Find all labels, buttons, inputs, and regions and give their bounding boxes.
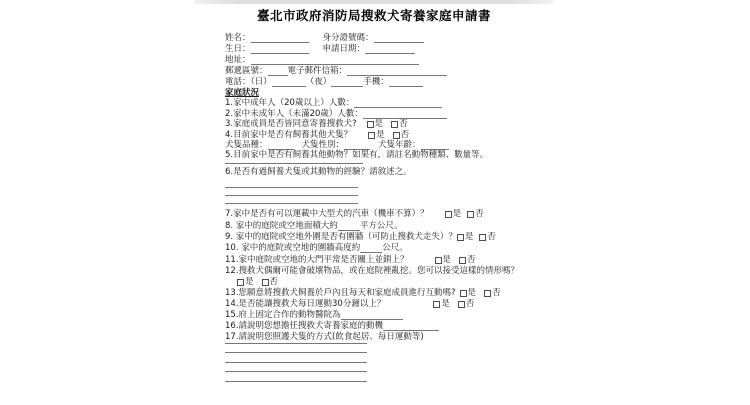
blank-field-line [363, 109, 447, 119]
question-6: 6.是否有過飼養犬隻或其動物的經驗？請敘述之。 [225, 167, 412, 177]
checkbox-icon [393, 132, 400, 139]
spacer [383, 128, 391, 129]
question-7: 7.家中是否有可以運載中大型犬的汽車（機車不算）？是否 [225, 209, 484, 219]
question-4: 4.目前家中是否有飼養其他犬隻？是否 [225, 130, 409, 140]
blank-field-line [354, 98, 442, 108]
blank-field-line [251, 55, 419, 65]
checkbox-label: 否 [466, 299, 475, 309]
checkbox-option: 是 [435, 255, 452, 265]
blank-field-line [225, 154, 363, 164]
spacer [451, 264, 459, 265]
checkbox-icon [262, 279, 269, 286]
form-text: 身分證號碼： [323, 33, 374, 43]
blank-field-line [331, 77, 363, 87]
form-text: 16.請說明您想擔任搜救犬寄養家庭的動機 [225, 321, 383, 331]
checkbox-label: 否 [475, 209, 484, 219]
blank-field-line [251, 44, 309, 54]
question-11: 11.家中庭院或空地的大門平常是否關上並鎖上？是否 [225, 255, 476, 265]
question-10: 10. 家中的庭院或空地的圍牆高度約公尺。 [225, 243, 408, 253]
question-3: 3.家庭成員是否皆同意寄養搜救犬?是否 [225, 119, 408, 129]
checkbox-option: 是 [457, 232, 474, 242]
checkbox-option: 否 [458, 299, 475, 309]
field-row-name-id: 姓名：身分證號碼： [225, 33, 424, 43]
question-15: 15.府上固定合作的動物醫院為 [225, 310, 403, 320]
checkbox-label: 否 [467, 255, 476, 265]
form-text: 電話：（日） [225, 77, 272, 87]
answer-blank-row [225, 362, 367, 372]
blank-field-line [268, 140, 294, 150]
checkbox-label: 否 [487, 232, 496, 242]
answer-blank-row [225, 343, 367, 353]
form-text: 15.府上固定合作的動物醫院為 [225, 310, 341, 320]
form-text: 10. 家中的庭院或空地的圍牆高度約 [225, 243, 360, 253]
form-text: 手機： [363, 77, 389, 87]
spacer [225, 286, 237, 287]
form-text: 14.是否能讓搜救犬每日運動30分鐘以上？ [225, 299, 385, 309]
checkbox-label: 是 [468, 288, 477, 298]
checkbox-icon [391, 121, 398, 128]
checkbox-option: 否 [467, 209, 484, 219]
form-text: 1.家中成年人（20歲以上）人數： [225, 98, 354, 108]
field-row-zip-email: 郵遞區號：電子郵件信箱： [225, 66, 447, 76]
checkbox-label: 是 [376, 130, 385, 140]
form-text: （夜） [306, 77, 332, 87]
spacer [309, 42, 323, 43]
checkbox-option: 是 [368, 130, 385, 140]
field-row-birth-date: 生日：申請日期： [225, 44, 415, 54]
question-14: 14.是否能讓搜救犬每日運動30分鐘以上？是否 [225, 299, 474, 309]
form-text: 4.目前家中是否有飼養其他犬隻？ [225, 130, 352, 140]
form-text: 郵遞區號： [225, 66, 268, 76]
question-2: 2.家中未成年人（未滿20歲）人數： [225, 109, 447, 119]
form-text: 3.家庭成員是否皆同意寄養搜救犬? [225, 119, 357, 129]
blank-field-line [251, 33, 309, 43]
checkbox-icon [435, 257, 442, 264]
spacer [476, 297, 484, 298]
form-text: 姓名： [225, 33, 251, 43]
checkbox-label: 否 [492, 288, 501, 298]
spacer [409, 264, 435, 265]
checkbox-label: 否 [401, 130, 410, 140]
checkbox-icon [484, 290, 491, 297]
checkbox-option: 否 [459, 255, 476, 265]
form-text: 犬隻品種： [225, 140, 268, 150]
blank-field-line [225, 362, 367, 372]
blank-field-line [360, 243, 382, 253]
checkbox-icon [479, 234, 486, 241]
blank-field-line [225, 343, 367, 353]
question-13: 13.您願意將搜救犬飼養於戶內且每天和家庭成員進行互動嗎?是否 [225, 288, 501, 298]
question-12: 12.搜救犬偶爾可能會破壞物品，或在庭院裡亂挖。您可以接受這樣的情形嗎？ [225, 266, 519, 276]
blank-field-line [383, 321, 439, 331]
form-text: 9. 家中的庭院或空地外圍是否有圍牆（可防止搜救犬走失）？ [225, 232, 457, 242]
form-body: 姓名：身分證號碼：生日：申請日期：地址：郵遞區號：電子郵件信箱：電話：（日）（夜… [195, 0, 553, 405]
field-row-address: 地址： [225, 55, 419, 65]
answer-blank-row [225, 372, 367, 382]
blank-field-line [225, 372, 367, 382]
spacer [357, 128, 367, 129]
form-text: 8. 家中的庭院或空地面積大約 [225, 221, 338, 231]
form-text: 12.搜救犬偶爾可能會破壞物品，或在庭院裡亂挖。您可以接受這樣的情形嗎？ [225, 266, 519, 276]
spacer [429, 218, 445, 219]
answer-blank-row [225, 154, 363, 164]
form-text: 犬隻性別： [302, 140, 345, 150]
checkbox-option: 是 [237, 277, 254, 287]
checkbox-label: 是 [453, 209, 462, 219]
blank-field-line [374, 33, 424, 43]
question-12-options: 是否 [225, 277, 278, 287]
checkbox-option: 否 [484, 288, 501, 298]
spacer [254, 286, 262, 287]
form-text: 生日： [225, 44, 251, 54]
blank-field-line [338, 221, 360, 231]
checkbox-icon [457, 234, 464, 241]
checkbox-option: 是 [445, 209, 462, 219]
spacer [309, 53, 323, 54]
question-8: 8. 家中的庭院或空地面積大約平方公尺。 [225, 221, 402, 231]
section-header-family: 家庭狀況 [225, 88, 259, 98]
checkbox-label: 是 [443, 255, 452, 265]
checkbox-icon [458, 301, 465, 308]
checkbox-icon [433, 301, 440, 308]
checkbox-label: 是 [245, 277, 254, 287]
checkbox-label: 是 [375, 119, 384, 129]
form-text: 13.您願意將搜救犬飼養於戶內且每天和家庭成員進行互動嗎? [225, 288, 456, 298]
checkbox-label: 是 [465, 232, 474, 242]
form-text: 犬隻年齡： [378, 140, 421, 150]
form-text: 2.家中未成年人（未滿20歲）人數： [225, 109, 363, 119]
blank-field-line [268, 66, 288, 76]
checkbox-label: 是 [441, 299, 450, 309]
blank-field-line [365, 44, 415, 54]
spacer [450, 308, 458, 309]
section-header-label: 家庭狀況 [225, 88, 259, 98]
field-row-dog-details: 犬隻品種：犬隻性別：犬隻年齡： [225, 140, 449, 150]
checkbox-label: 否 [399, 119, 408, 129]
checkbox-label: 否 [270, 277, 279, 287]
checkbox-option: 是 [367, 119, 384, 129]
form-text: 7.家中是否有可以運載中大型犬的汽車（機車不算）？ [225, 209, 429, 219]
blank-field-line [389, 77, 423, 87]
blank-field-line [272, 77, 306, 87]
blank-field-line [341, 310, 403, 320]
document-page: 臺北市政府消防局搜救犬寄養家庭申請書 姓名：身分證號碼：生日：申請日期：地址：郵… [195, 0, 553, 405]
form-text: 公尺。 [382, 243, 408, 253]
question-16: 16.請說明您想擔任搜救犬寄養家庭的動機 [225, 321, 439, 331]
form-text: 地址： [225, 55, 251, 65]
checkbox-icon [367, 121, 374, 128]
form-text: 平方公尺。 [360, 221, 403, 231]
form-text: 電子郵件信箱： [288, 66, 348, 76]
checkbox-icon [467, 211, 474, 218]
checkbox-icon [237, 279, 244, 286]
question-1: 1.家中成年人（20歲以上）人數： [225, 98, 442, 108]
checkbox-option: 否 [479, 232, 496, 242]
blank-field-line [421, 140, 449, 150]
checkbox-option: 否 [393, 130, 410, 140]
field-row-phone: 電話：（日）（夜）手機： [225, 77, 423, 87]
checkbox-option: 是 [460, 288, 477, 298]
question-9: 9. 家中的庭院或空地外圍是否有圍牆（可防止搜救犬走失）？是否 [225, 232, 496, 242]
form-text: 11.家中庭院或空地的大門平常是否關上並鎖上？ [225, 255, 409, 265]
checkbox-option: 否 [391, 119, 408, 129]
blank-field-line [344, 140, 370, 150]
checkbox-icon [445, 211, 452, 218]
checkbox-icon [368, 132, 375, 139]
form-text: 6.是否有過飼養犬隻或其動物的經驗？請敘述之。 [225, 167, 412, 177]
checkbox-icon [459, 257, 466, 264]
checkbox-option: 否 [262, 277, 279, 287]
checkbox-option: 是 [433, 299, 450, 309]
answer-blank-row [225, 194, 358, 204]
checkbox-icon [460, 290, 467, 297]
blank-field-line [347, 66, 447, 76]
blank-field-line [225, 194, 358, 204]
spacer [385, 308, 433, 309]
form-text: 申請日期： [323, 44, 366, 54]
